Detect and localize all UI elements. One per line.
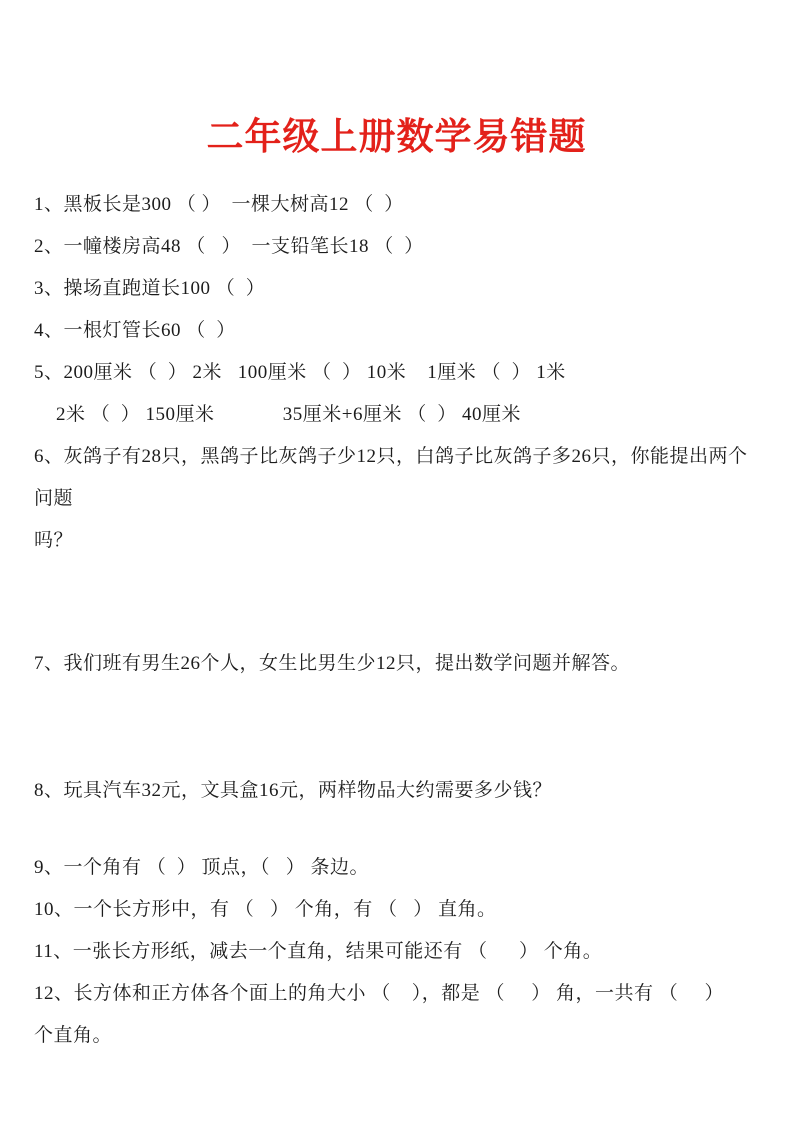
question-8: 8、玩具汽车32元，文具盒16元，两样物品大约需要多少钱？ bbox=[34, 770, 759, 812]
question-5-line-2: 2米 （ ） 150厘米 35厘米+6厘米 （ ） 40厘米 bbox=[34, 394, 759, 436]
question-12-line-1: 12、长方体和正方体各个面上的角大小 （ ），都是 （ ） 角，一共有 （ ） bbox=[34, 973, 759, 1015]
question-1: 1、黑板长是300 （ ） 一棵大树高12 （ ） bbox=[34, 184, 759, 226]
question-3: 3、操场直跑道长100 （ ） bbox=[34, 268, 759, 310]
question-4: 4、一根灯管长60 （ ） bbox=[34, 310, 759, 352]
worksheet-page: 二年级上册数学易错题 1、黑板长是300 （ ） 一棵大树高12 （ ） 2、一… bbox=[0, 0, 793, 1122]
question-10: 10、一个长方形中，有 （ ） 个角，有 （ ） 直角。 bbox=[34, 889, 759, 931]
question-7: 7、我们班有男生26个人，女生比男生少12只，提出数学问题并解答。 bbox=[34, 643, 759, 685]
question-12-line-2: 个直角。 bbox=[34, 1015, 759, 1057]
question-9: 9、一个角有 （ ） 顶点，（ ） 条边。 bbox=[34, 847, 759, 889]
question-11: 11、一张长方形纸，减去一个直角，结果可能还有 （ ） 个角。 bbox=[34, 931, 759, 973]
page-title: 二年级上册数学易错题 bbox=[0, 110, 793, 164]
question-list: 1、黑板长是300 （ ） 一棵大树高12 （ ） 2、一幢楼房高48 （ ） … bbox=[0, 184, 793, 1057]
question-2: 2、一幢楼房高48 （ ） 一支铅笔长18 （ ） bbox=[34, 226, 759, 268]
question-5-line-1: 5、200厘米 （ ） 2米 100厘米 （ ） 10米 1厘米 （ ） 1米 bbox=[34, 352, 759, 394]
question-6-line-1: 6、灰鸽子有28只，黑鸽子比灰鸽子少12只，白鸽子比灰鸽子多26只，你能提出两个… bbox=[34, 436, 759, 520]
question-6-line-2: 吗？ bbox=[34, 520, 759, 562]
